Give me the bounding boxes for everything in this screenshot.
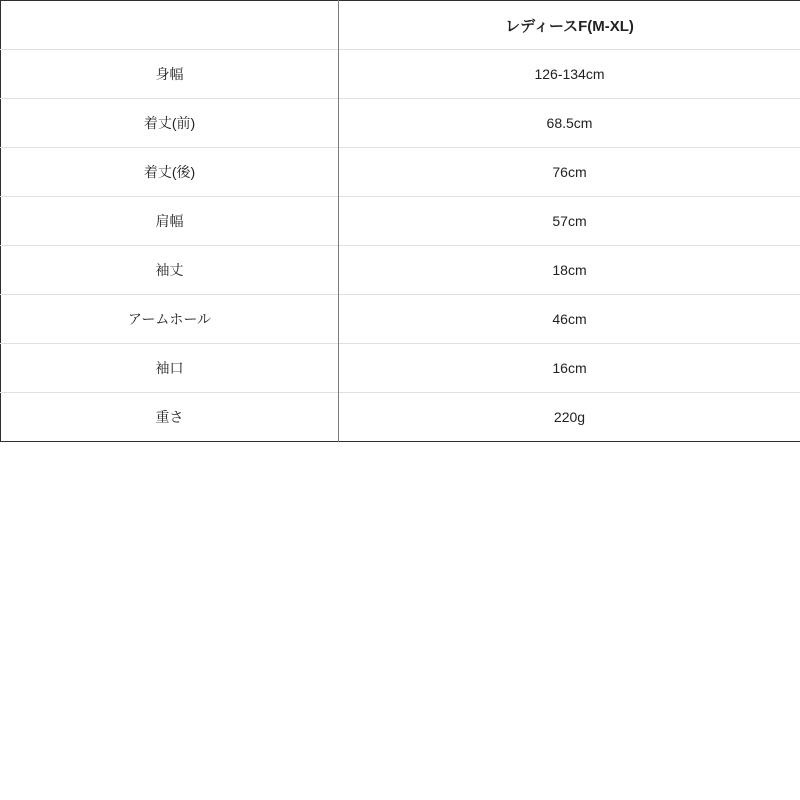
row-value: 18cm [339, 246, 800, 295]
table-row-armhole: アームホール 46cm [1, 295, 800, 344]
row-value: 220g [339, 393, 800, 442]
table-row-sleeve-length: 袖丈 18cm [1, 246, 800, 295]
row-value: 46cm [339, 295, 800, 344]
size-chart-table: レディースF(M-XL) 身幅 126-134cm 着丈(前) 68.5cm 着… [0, 0, 800, 442]
table-row-weight: 重さ 220g [1, 393, 800, 442]
table-row-length-front: 着丈(前) 68.5cm [1, 99, 800, 148]
row-value: 126-134cm [339, 50, 800, 99]
size-chart-header-row: レディースF(M-XL) [1, 1, 800, 50]
row-label: 袖口 [1, 344, 339, 393]
header-empty-cell [1, 1, 339, 50]
row-label: 着丈(前) [1, 99, 339, 148]
table-row-length-back: 着丈(後) 76cm [1, 148, 800, 197]
row-value: 76cm [339, 148, 800, 197]
table-row-cuff: 袖口 16cm [1, 344, 800, 393]
table-row-shoulder: 肩幅 57cm [1, 197, 800, 246]
row-label: 着丈(後) [1, 148, 339, 197]
row-value: 68.5cm [339, 99, 800, 148]
row-label: 身幅 [1, 50, 339, 99]
row-label: 重さ [1, 393, 339, 442]
row-value: 57cm [339, 197, 800, 246]
row-label: 袖丈 [1, 246, 339, 295]
row-label: アームホール [1, 295, 339, 344]
table-row-miham: 身幅 126-134cm [1, 50, 800, 99]
row-label: 肩幅 [1, 197, 339, 246]
row-value: 16cm [339, 344, 800, 393]
header-size-cell: レディースF(M-XL) [339, 1, 800, 50]
